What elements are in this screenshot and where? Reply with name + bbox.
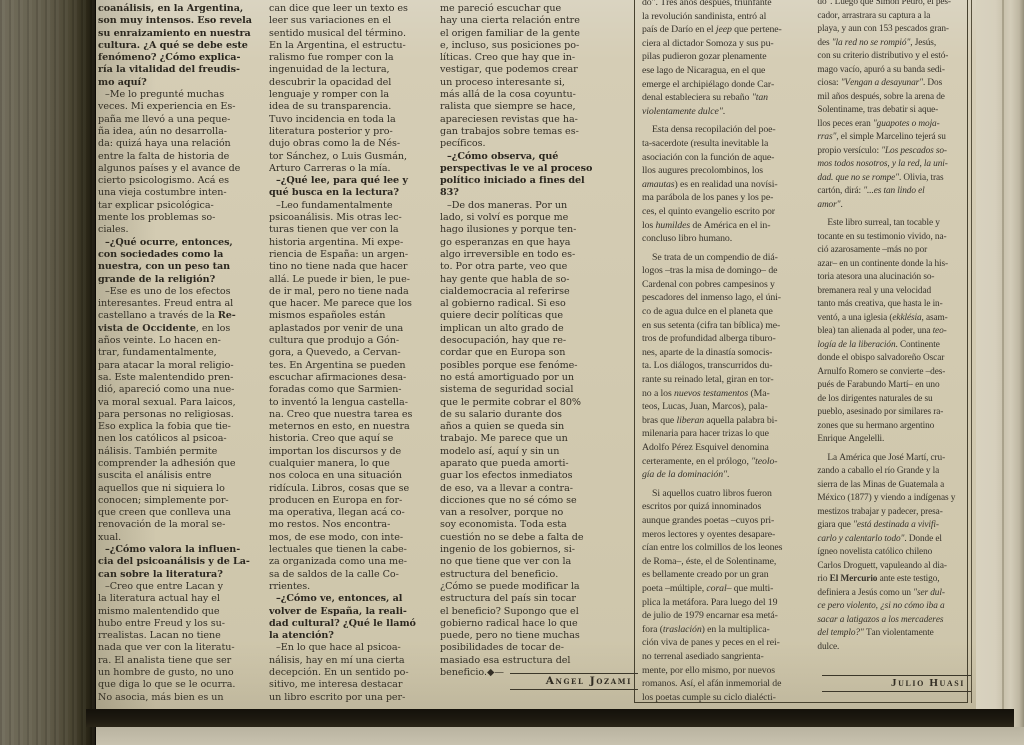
author-signature-right: Julio Huasi: [822, 675, 971, 692]
paragraph: Este libro surreal, tan tocable ytocante…: [817, 217, 962, 447]
boxed-article: do". Tres años después, triunfantela rev…: [634, 0, 968, 703]
paragraph: can dice que leer un texto esleer sus va…: [269, 3, 432, 175]
author-signature-left: Angel Jozami: [510, 673, 638, 690]
interview-question: –¿Cómo ve, entonces, alvolver de España,…: [269, 593, 432, 642]
interview-question: coanálisis, en la Argentina,son muy inte…: [98, 3, 261, 89]
paragraph: –Me lo pregunté muchasveces. Mi experien…: [98, 89, 261, 237]
interview-question: –¿Cómo observa, quéperspectivas le ve al…: [440, 151, 632, 200]
paragraph: Esta densa recopilación del poe-ta-sacer…: [642, 123, 808, 245]
book-gutter-shadow: [0, 0, 96, 745]
paragraph: –De dos maneras. Por unlado, si volví es…: [440, 200, 632, 680]
table-surface: [96, 727, 1024, 745]
article-box-outer-rule: [971, 0, 972, 703]
paragraph: do". Luego que Simón Pedro, el pes-cador…: [817, 0, 962, 212]
scanned-magazine-page: coanálisis, en la Argentina,son muy inte…: [0, 0, 1024, 745]
text-column: coanálisis, en la Argentina,son muy inte…: [98, 3, 261, 709]
text-column: do". Tres años después, triunfantela rev…: [642, 0, 808, 702]
interview-question: –¿Cómo valora la influen-cia del psicoan…: [98, 544, 261, 581]
paragraph: La América que José Martí, cru-zando a c…: [817, 452, 962, 655]
paragraph: –Creo que entre Lacan yla literatura act…: [98, 581, 261, 704]
paragraph: –En lo que hace al psicoa-nálisis, hay e…: [269, 642, 432, 703]
page-bottom-shadow: [86, 709, 1014, 727]
paragraph: do". Tres años después, triunfantela rev…: [642, 0, 808, 118]
page-edge-strip: [976, 0, 1024, 745]
text-column: me pareció escuchar quehay una cierta re…: [440, 3, 632, 709]
text-column: do". Luego que Simón Pedro, el pes-cador…: [817, 0, 962, 702]
text-column: can dice que leer un texto esleer sus va…: [269, 3, 432, 709]
paragraph: Se trata de un compendio de diá-logos –t…: [642, 251, 808, 482]
paragraph: Si aquellos cuatro libros fueronescritos…: [642, 487, 808, 702]
paragraph: –Ese es uno de los efectosinteresantes. …: [98, 286, 261, 544]
interview-question: –¿Qué lee, para qué lee yqué busca en la…: [269, 175, 432, 200]
paragraph: –Leo fundamentalmentepsicoanálisis. Mis …: [269, 200, 432, 594]
interview-question: –¿Qué ocurre, entonces,con sociedades co…: [98, 237, 261, 286]
interview-article: coanálisis, en la Argentina,son muy inte…: [98, 3, 632, 709]
paragraph: me pareció escuchar quehay una cierta re…: [440, 3, 632, 151]
